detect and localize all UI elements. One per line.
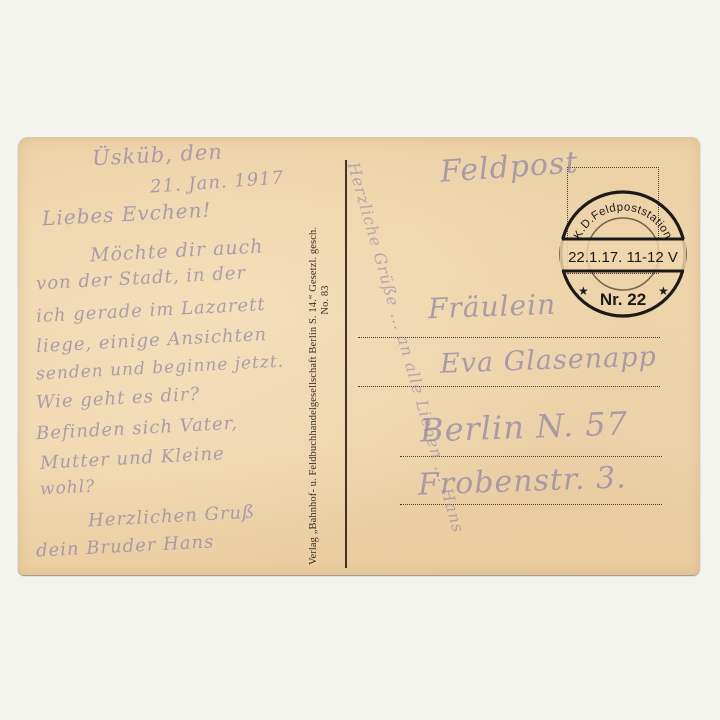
postcard-divider [345,160,347,568]
publisher-imprint: Verlag „Bahnhof- u. Feldbuchhandelgesell… [308,155,332,565]
page: Verlag „Bahnhof- u. Feldbuchhandelgesell… [0,0,720,720]
imprint-line-1: Verlag „Bahnhof- u. Feldbuchhandelgesell… [308,227,319,565]
svg-text:K.D.Feldpoststation: K.D.Feldpoststation [572,201,674,241]
address-line-2 [358,386,660,387]
address-line-4-text: Frobenstr. 3. [417,460,627,502]
postmark-top-text: K.D.Feldpoststation [572,201,674,241]
imprint-line-2: No. 83 [320,155,332,445]
address-line-3-text: Berlin N. 57 [419,404,628,449]
address-line-4 [400,504,662,505]
postmark-icon: K.D.Feldpoststation 22.1.17. 11-12 V Nr.… [556,187,690,321]
postmark-bottom-text: Nr. 22 [600,290,646,309]
address-line-1-text: Fräulein [427,288,556,325]
postmark-star-left: ★ [578,284,589,298]
postmark-date: 22.1.17. 11-12 V [568,249,678,266]
postmark-star-right: ★ [658,284,669,298]
postmark: K.D.Feldpoststation 22.1.17. 11-12 V Nr.… [556,187,690,321]
message-line-9: wohl? [40,477,96,500]
